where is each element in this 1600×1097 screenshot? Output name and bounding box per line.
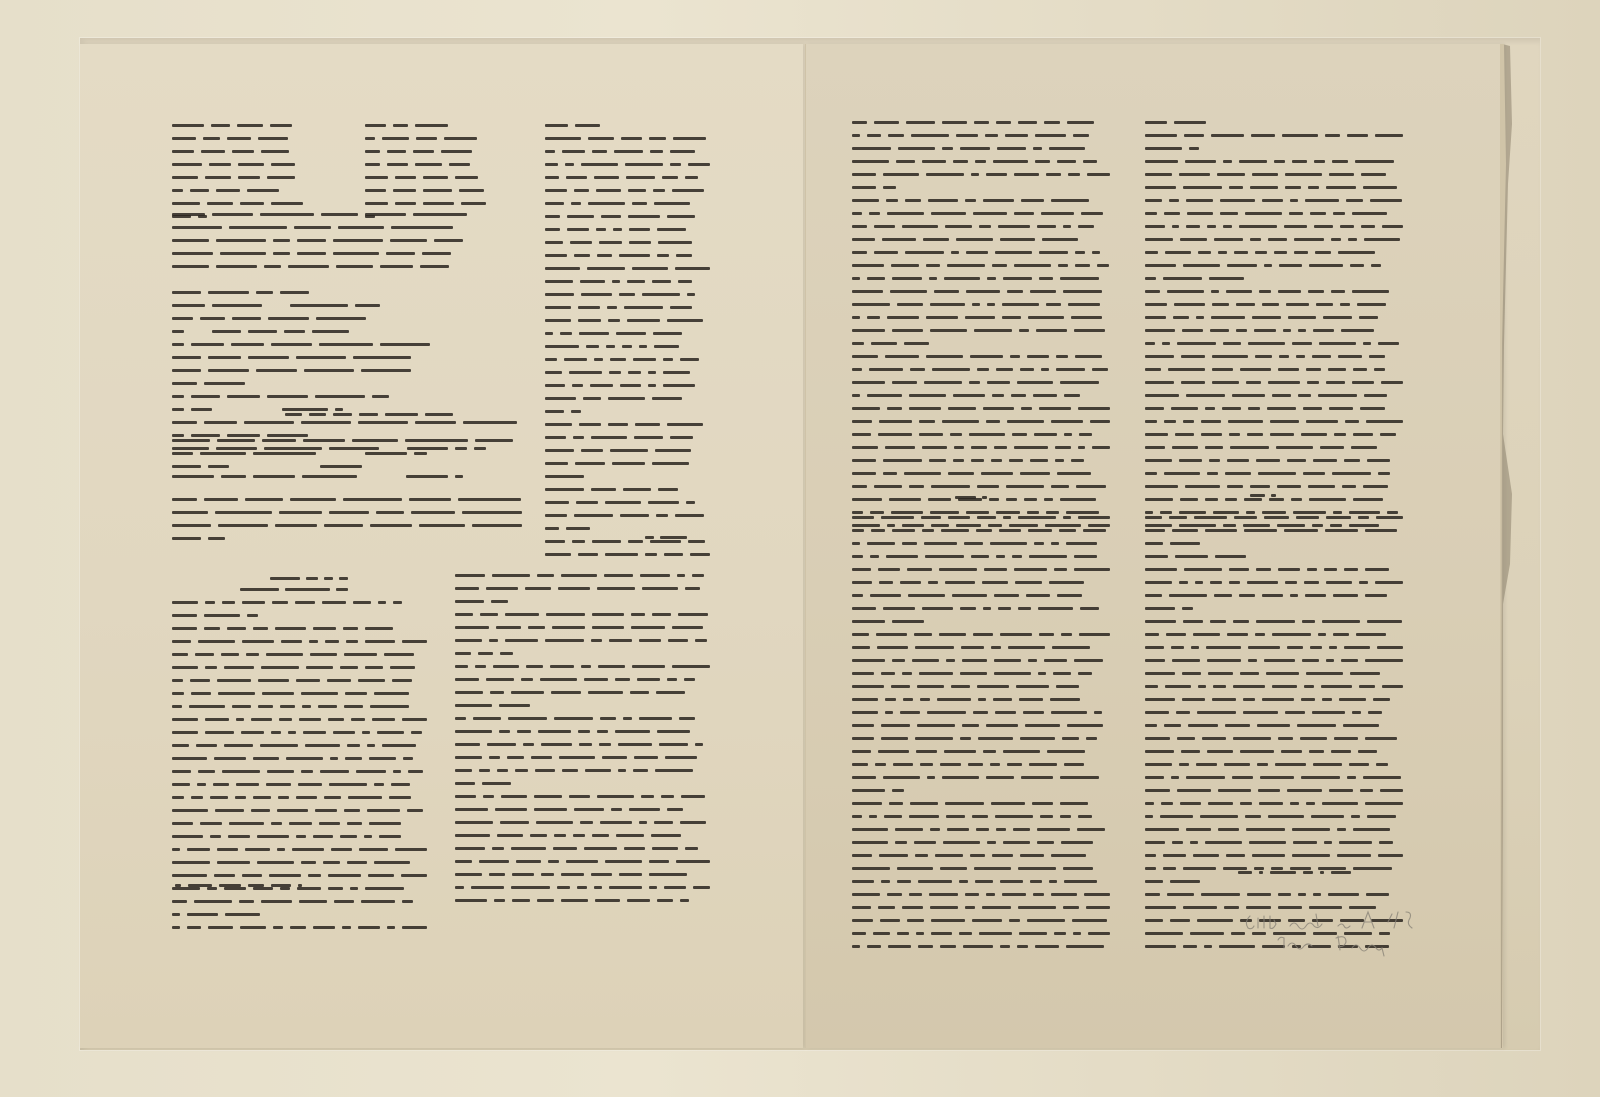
text-line [1145, 315, 1403, 319]
text-line [852, 658, 1110, 662]
text-line [1145, 120, 1403, 124]
text-line [852, 684, 1110, 688]
text-line [285, 412, 515, 416]
text-line [545, 552, 710, 556]
text-line [172, 912, 427, 916]
text-line [852, 185, 1110, 189]
text-line [545, 266, 710, 270]
text-line [172, 704, 427, 708]
text-line [852, 458, 1110, 462]
text-line [545, 123, 710, 127]
text-line [172, 474, 522, 478]
text-line [852, 302, 1110, 306]
section-heading [1250, 494, 1276, 498]
text-line [1145, 250, 1403, 254]
text-line [1145, 276, 1403, 280]
text-line [455, 586, 710, 590]
text-line [172, 188, 352, 192]
text-line [172, 316, 517, 320]
text-line [852, 697, 1110, 701]
text-line [172, 613, 427, 617]
text-line [852, 723, 1110, 727]
text-line [1145, 484, 1403, 488]
text-line [1145, 593, 1403, 597]
text-line [455, 846, 710, 850]
text-line [1238, 870, 1403, 874]
text-line [172, 381, 517, 385]
text-line [365, 201, 525, 205]
section-heading [955, 496, 987, 500]
text-line [852, 276, 1110, 280]
text-line [545, 461, 710, 465]
text-line [545, 357, 710, 361]
text-line [172, 136, 352, 140]
text-line [852, 775, 1110, 779]
text-line [852, 866, 1110, 870]
text-line [172, 678, 427, 682]
text-line [852, 879, 1110, 883]
text-line [1145, 172, 1403, 176]
text-block [852, 515, 1110, 957]
text-line [172, 212, 517, 216]
text-line [1145, 528, 1403, 532]
text-line [852, 432, 1110, 436]
text-line [545, 396, 710, 400]
text-line [455, 573, 710, 577]
text-line [852, 814, 1110, 818]
text-line [852, 510, 1110, 514]
text-line [455, 625, 710, 629]
text-line [1145, 380, 1403, 384]
text-line [1145, 632, 1403, 636]
text-line [545, 240, 710, 244]
text-line [545, 318, 710, 322]
text-line [455, 690, 710, 694]
text-line [172, 497, 522, 501]
text-line [172, 162, 352, 166]
text-line [852, 736, 1110, 740]
text-block [1238, 870, 1403, 883]
text-line [1145, 775, 1403, 779]
text-line [1145, 263, 1403, 267]
text-line [545, 305, 710, 309]
text-line [852, 289, 1110, 293]
text-line [172, 626, 427, 630]
text-line [852, 341, 1110, 345]
section-heading [270, 577, 348, 581]
text-line [852, 788, 1110, 792]
text-line [852, 892, 1110, 896]
text-line [455, 677, 710, 681]
section-heading [645, 536, 687, 540]
text-line [455, 703, 710, 707]
text-line [172, 523, 522, 527]
text-line [455, 807, 710, 811]
text-line [1145, 658, 1403, 662]
text-line [852, 328, 1110, 332]
text-line [1145, 684, 1403, 688]
text-line [172, 743, 427, 747]
text-line [852, 133, 1110, 137]
text-line [1145, 458, 1403, 462]
text-line [852, 120, 1110, 124]
text-line [852, 515, 1110, 519]
text-line [172, 730, 427, 734]
text-line [1145, 341, 1403, 345]
text-line [1145, 580, 1403, 584]
text-line [852, 406, 1110, 410]
text-line [852, 905, 1110, 909]
text-line [1145, 146, 1403, 150]
text-line [852, 263, 1110, 267]
text-line [172, 769, 427, 773]
text-line [852, 146, 1110, 150]
text-line [172, 342, 517, 346]
text-line [172, 303, 517, 307]
text-line [455, 794, 710, 798]
text-line [172, 782, 427, 786]
text-line [852, 419, 1110, 423]
text-line [1145, 567, 1403, 571]
text-line [852, 567, 1110, 571]
text-line [1145, 762, 1403, 766]
text-line [852, 354, 1110, 358]
text-line [1145, 697, 1403, 701]
text-line [1145, 445, 1403, 449]
text-line [852, 671, 1110, 675]
text-line [365, 149, 525, 153]
text-line [172, 277, 517, 281]
text-line [1145, 541, 1403, 545]
text-line [175, 883, 340, 887]
text-line [1145, 133, 1403, 137]
text-line [172, 834, 427, 838]
text-line [365, 162, 525, 166]
text-line [455, 872, 710, 876]
text-line [455, 820, 710, 824]
text-line [172, 873, 427, 877]
text-line [455, 833, 710, 837]
text-line [172, 433, 517, 437]
text-line [1145, 671, 1403, 675]
text-line [1145, 892, 1403, 896]
text-line [852, 528, 1110, 532]
text-line [545, 474, 710, 478]
text-line [852, 645, 1110, 649]
text-line [545, 162, 710, 166]
text-line [852, 198, 1110, 202]
text-line [172, 860, 427, 864]
text-line [1145, 328, 1403, 332]
text-line [852, 593, 1110, 597]
text-line [172, 639, 427, 643]
text-line [852, 380, 1110, 384]
text-line [365, 175, 525, 179]
text-line [172, 123, 352, 127]
text-line [852, 853, 1110, 857]
text-line [1145, 510, 1403, 514]
pencil-signature [1238, 900, 1458, 960]
text-line [455, 599, 710, 603]
text-line [852, 211, 1110, 215]
text-line [852, 471, 1110, 475]
text-line [172, 464, 522, 468]
text-line [455, 755, 710, 759]
text-line [852, 541, 1110, 545]
text-line [545, 435, 710, 439]
text-line [1145, 801, 1403, 805]
text-line [455, 768, 710, 772]
text-line [545, 448, 710, 452]
text-line [852, 840, 1110, 844]
text-line [545, 136, 710, 140]
text-line [1145, 354, 1403, 358]
text-line [545, 253, 710, 257]
text-line [1145, 554, 1403, 558]
text-line [852, 801, 1110, 805]
text-line [172, 600, 427, 604]
text-line [172, 407, 517, 411]
text-line [1145, 853, 1403, 857]
text-block [1145, 515, 1403, 957]
text-block [852, 120, 1110, 536]
section-heading [240, 588, 348, 592]
text-line [545, 370, 710, 374]
text-line [852, 393, 1110, 397]
text-line [455, 742, 710, 746]
text-block [175, 883, 340, 896]
text-line [1145, 419, 1403, 423]
text-line [545, 383, 710, 387]
text-line [1145, 367, 1403, 371]
text-block [172, 212, 517, 472]
text-line [852, 606, 1110, 610]
text-line [1145, 302, 1403, 306]
text-line [1145, 736, 1403, 740]
text-line [1145, 645, 1403, 649]
text-block [172, 474, 522, 487]
text-line [455, 781, 710, 785]
text-line [172, 510, 522, 514]
text-line [455, 859, 710, 863]
text-line [1145, 224, 1403, 228]
text-line [852, 632, 1110, 636]
text-line [455, 612, 710, 616]
text-line [1145, 827, 1403, 831]
text-line [172, 847, 427, 851]
text-line [1145, 710, 1403, 714]
text-block [285, 412, 515, 425]
text-line [852, 315, 1110, 319]
text-line [852, 445, 1110, 449]
text-block [172, 497, 522, 549]
text-line [852, 827, 1110, 831]
text-line [852, 172, 1110, 176]
text-line [455, 651, 710, 655]
text-line [852, 931, 1110, 935]
torn-paper-edge [1500, 44, 1518, 1048]
text-line [545, 513, 710, 517]
text-line [545, 422, 710, 426]
text-line [455, 638, 710, 642]
text-line [545, 214, 710, 218]
text-line [545, 292, 710, 296]
text-line [852, 224, 1110, 228]
text-line [172, 355, 517, 359]
text-line [1145, 159, 1403, 163]
text-line [545, 175, 710, 179]
text-line [852, 580, 1110, 584]
text-line [172, 394, 517, 398]
text-line [1145, 393, 1403, 397]
text-block [1145, 120, 1403, 536]
text-line [852, 367, 1110, 371]
text-line [852, 710, 1110, 714]
text-line [1145, 749, 1403, 753]
text-line [545, 279, 710, 283]
text-line [852, 159, 1110, 163]
text-line [172, 251, 517, 255]
text-line [1145, 237, 1403, 241]
text-line [455, 898, 710, 902]
text-line [172, 438, 522, 442]
text-line [1145, 289, 1403, 293]
text-line [455, 664, 710, 668]
text-line [172, 451, 522, 455]
text-line [172, 329, 517, 333]
text-line [172, 201, 352, 205]
text-line [1145, 619, 1403, 623]
text-line [172, 652, 427, 656]
text-line [172, 290, 517, 294]
text-line [1145, 515, 1403, 519]
text-line [545, 201, 710, 205]
text-line [545, 409, 710, 413]
text-line [455, 716, 710, 720]
text-line [172, 264, 517, 268]
text-line [1145, 185, 1403, 189]
text-line [1145, 198, 1403, 202]
text-line [1145, 840, 1403, 844]
text-line [545, 188, 710, 192]
text-line [172, 808, 427, 812]
text-line [545, 500, 710, 504]
text-line [172, 225, 517, 229]
text-line [852, 554, 1110, 558]
text-line [365, 188, 525, 192]
text-line [545, 149, 710, 153]
text-line [545, 331, 710, 335]
text-line [852, 250, 1110, 254]
text-line [545, 227, 710, 231]
text-line [1145, 432, 1403, 436]
text-line [172, 925, 427, 929]
text-line [172, 368, 517, 372]
text-line [172, 821, 427, 825]
text-line [172, 665, 427, 669]
text-line [852, 237, 1110, 241]
text-line [545, 487, 710, 491]
text-line [1145, 406, 1403, 410]
text-line [172, 899, 427, 903]
text-line [365, 123, 525, 127]
text-line [172, 238, 517, 242]
text-line [852, 762, 1110, 766]
text-line [852, 619, 1110, 623]
text-line [852, 749, 1110, 753]
text-line [1145, 788, 1403, 792]
text-line [1145, 606, 1403, 610]
text-line [172, 717, 427, 721]
text-line [365, 136, 525, 140]
text-line [1145, 471, 1403, 475]
text-line [172, 691, 427, 695]
text-line [852, 944, 1110, 948]
text-block [455, 573, 710, 911]
text-line [172, 756, 427, 760]
text-line [172, 536, 522, 540]
text-line [545, 344, 710, 348]
text-line [1145, 211, 1403, 215]
text-line [172, 795, 427, 799]
text-line [172, 175, 352, 179]
text-line [1145, 814, 1403, 818]
text-line [455, 729, 710, 733]
text-line [1145, 723, 1403, 727]
text-line [455, 885, 710, 889]
text-line [545, 526, 710, 530]
text-line [852, 918, 1110, 922]
text-line [852, 484, 1110, 488]
text-block [545, 123, 710, 565]
text-line [172, 149, 352, 153]
